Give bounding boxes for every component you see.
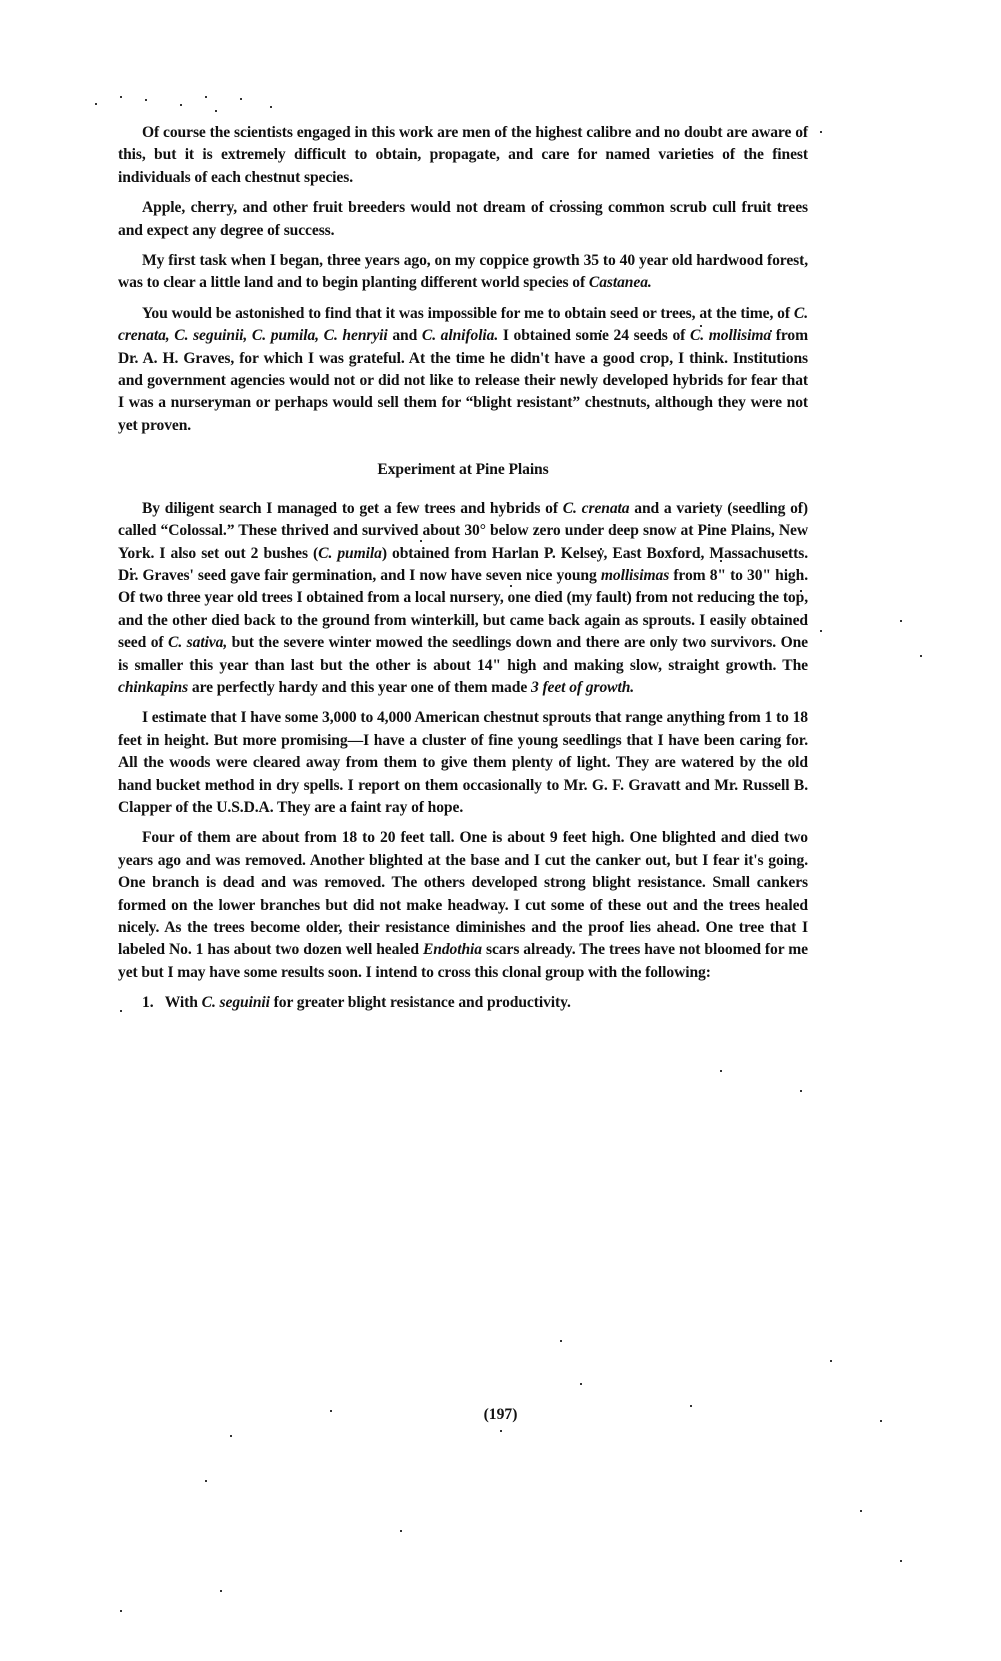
speck [830,1360,832,1362]
speck [580,1383,582,1385]
speck [640,203,642,205]
speck [760,210,762,212]
italic-term: C. seguinii [202,994,270,1011]
speck [420,540,422,542]
text-run: I obtained some 24 seeds of [498,327,690,344]
speck [560,200,562,202]
speck [720,1070,722,1072]
text-run: Four of them are about from 18 to 20 fee… [118,829,808,958]
italic-term: Endothia [423,941,482,958]
speck [600,548,602,550]
text-run: You would be astonished to find that it … [142,305,794,322]
text-run: My first task when I began, three years … [118,252,808,291]
list-number: 1. [142,994,165,1011]
speck [120,1610,122,1612]
italic-term: Castanea. [589,274,652,291]
speck [820,131,822,133]
speck [400,1530,402,1532]
italic-term: chinkapins [118,679,188,696]
speck [820,630,822,632]
speck [180,104,182,106]
paragraph: You would be astonished to find that it … [118,303,808,437]
italic-term: C. mollisima [690,327,771,344]
text-run: and [388,327,422,344]
text-run: By diligent search I managed to get a fe… [142,500,563,517]
speck [560,1340,562,1342]
italic-term: 3 feet of growth. [531,679,634,696]
text-run: for greater blight resistance and produc… [270,994,571,1011]
speck [780,205,782,207]
paragraph: Four of them are about from 18 to 20 fee… [118,827,808,984]
speck [205,1480,207,1482]
speck [270,106,272,108]
speck [700,325,702,327]
text-run: are perfectly hardy and this year one of… [188,679,531,696]
paragraph: I estimate that I have some 3,000 to 4,0… [118,707,808,819]
italic-term: C. crenata [563,500,630,517]
text-run: Of course the scientists engaged in this… [118,124,808,186]
text-run: I estimate that I have some 3,000 to 4,0… [118,709,808,816]
paragraph: Apple, cherry, and other fruit breeders … [118,197,808,242]
speck [920,655,922,657]
speck [205,96,207,98]
speck [330,1410,332,1412]
speck [500,1430,502,1432]
italic-term: mollisimas [601,567,669,584]
speck [120,96,122,98]
paragraph: My first task when I began, three years … [118,250,808,295]
speck [800,590,802,592]
document-page: Of course the scientists engaged in this… [118,122,808,1015]
text-run: Apple, cherry, and other fruit breeders … [118,199,808,238]
speck [230,1435,232,1437]
speck [120,1010,122,1012]
speck [600,330,602,332]
paragraph: Of course the scientists engaged in this… [118,122,808,189]
speck [900,1560,902,1562]
body-text-bottom: By diligent search I managed to get a fe… [118,498,808,985]
speck [130,568,132,570]
section-heading: Experiment at Pine Plains [118,459,808,481]
list-item: 1. With C. seguinii for greater blight r… [118,992,808,1014]
speck [720,560,722,562]
speck [240,98,242,100]
speck [900,620,902,622]
italic-term: C. pumila [318,545,382,562]
italic-term: C. sativa, [168,634,227,651]
speck [220,1590,222,1592]
page-number: (197) [0,1406,1001,1424]
speck [880,1420,882,1422]
body-text-top: Of course the scientists engaged in this… [118,122,808,437]
italic-term: C. alnifolia. [422,327,498,344]
speck [800,1090,802,1092]
speck [860,1510,862,1512]
speck [215,110,217,112]
numbered-list: 1. With C. seguinii for greater blight r… [118,992,808,1014]
speck [770,330,772,332]
speck [510,585,512,587]
speck [145,99,147,101]
paragraph: By diligent search I managed to get a fe… [118,498,808,700]
speck [690,1405,692,1407]
text-run: With [165,994,202,1011]
speck [95,103,97,105]
